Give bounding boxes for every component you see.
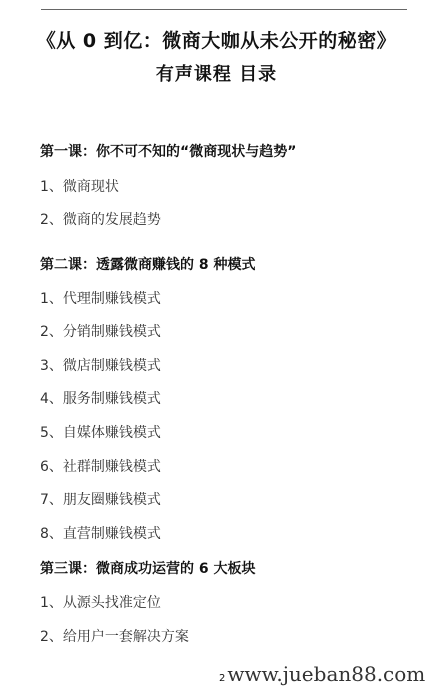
lesson-2-title: 第二课：透露微商赚钱的 8 种模式 bbox=[40, 254, 256, 274]
top-rule bbox=[41, 9, 407, 10]
lesson-2-item-5: 5、自媒体赚钱模式 bbox=[40, 422, 161, 442]
lesson-2-item-1: 1、代理制赚钱模式 bbox=[40, 288, 161, 308]
lesson-2-item-2: 2、分销制赚钱模式 bbox=[40, 321, 161, 341]
lesson-3-item-1: 1、从源头找准定位 bbox=[40, 592, 161, 612]
lesson-2-item-6: 6、社群制赚钱模式 bbox=[40, 456, 161, 476]
lesson-2-item-8: 8、直营制赚钱模式 bbox=[40, 523, 161, 543]
document-title: 《从 0 到亿：微商大咖从未公开的秘密》 bbox=[0, 26, 433, 53]
lesson-2-item-4: 4、服务制赚钱模式 bbox=[40, 388, 161, 408]
lesson-2-item-7: 7、朋友圈赚钱模式 bbox=[40, 489, 161, 509]
footer: 2www.jueban88.com bbox=[219, 662, 425, 686]
lesson-1-item-1: 1、微商现状 bbox=[40, 176, 119, 196]
lesson-3-item-2: 2、给用户一套解决方案 bbox=[40, 626, 189, 646]
lesson-1-title: 第一课：你不可不知的“微商现状与趋势” bbox=[40, 141, 296, 161]
lesson-3-title: 第三课：微商成功运营的 6 大板块 bbox=[40, 558, 256, 578]
document-subtitle: 有声课程 目录 bbox=[0, 60, 433, 86]
lesson-2-item-3: 3、微店制赚钱模式 bbox=[40, 355, 161, 375]
page-number: 2 bbox=[219, 673, 225, 684]
lesson-1-item-2: 2、微商的发展趋势 bbox=[40, 209, 161, 229]
watermark: www.jueban88.com bbox=[227, 662, 425, 686]
